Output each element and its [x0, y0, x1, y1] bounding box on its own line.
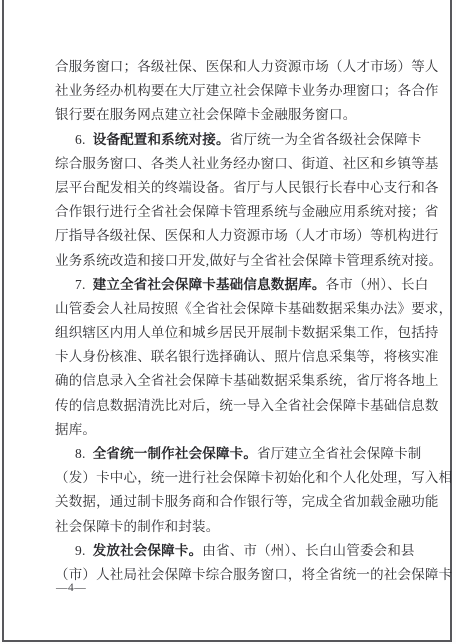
text-segment: 组织辖区内用人单位和城乡居民开展制卡数据采集工作，包括持 — [55, 325, 439, 340]
text-line: 山管委会人社局按照《全省社会保障卡基础数据采集办法》要求， — [55, 297, 437, 321]
text-segment: 8. — [75, 446, 93, 461]
text-line: 综合服务窗口、各类人社业务经办窗口、街道、社区和乡镇等基 — [55, 152, 437, 176]
text-line: 6. 设备配置和系统对接。省厅统一为全省各级社会保障卡 — [55, 128, 437, 152]
text-segment: 关数据，通过制卡服务商和合作银行等，完成全省加载金融功能 — [55, 494, 439, 509]
text-line: 层平台配发相关的终端设备。省厅与人民银行长春中心支行和各 — [55, 176, 437, 200]
text-segment: 9. — [75, 543, 93, 558]
text-line: 卡人身份核准、联名银行选择确认、照片信息采集等，将核实准 — [55, 345, 437, 369]
item-heading-segment: 建立全省社会保障卡基础信息数据库。 — [93, 277, 326, 292]
document-page: 合服务窗口；各级社保、医保和人力资源市场（人才市场）等人社业务经办机构要在大厅建… — [2, 0, 452, 642]
item-heading-segment: 发放社会保障卡。 — [93, 543, 203, 558]
text-segment: 合服务窗口；各级社保、医保和人力资源市场（人才市场）等人 — [55, 59, 439, 74]
text-segment: 合作银行进行全省社会保障卡管理系统与金融应用系统对接；省 — [55, 204, 439, 219]
text-line: 合作银行进行全省社会保障卡管理系统与金融应用系统对接；省 — [55, 200, 437, 224]
text-line: 7. 建立全省社会保障卡基础信息数据库。各市（州）、长白 — [55, 273, 437, 297]
text-line: 传的信息数据清洗比对后，统一导入全省社会保障卡基础信息数 — [55, 394, 437, 418]
text-segment: 省厅统一为全省各级社会保障卡 — [230, 132, 422, 147]
text-line: 业务系统改造和接口开发,做好与全省社会保障卡管理系统对接。 — [55, 249, 437, 273]
text-segment: 卡人身份核准、联名银行选择确认、照片信息采集等，将核实准 — [55, 349, 439, 364]
text-line: 8. 全省统一制作社会保障卡。省厅建立全省社会保障卡制 — [55, 442, 437, 466]
text-segment: 厅指导各级社保、医保和人力资源市场（人才市场）等机构进行 — [55, 228, 439, 243]
text-line: 合服务窗口；各级社保、医保和人力资源市场（人才市场）等人 — [55, 55, 437, 79]
text-line: （发）卡中心，统一进行社会保障卡初始化和个人化处理，写入相 — [55, 466, 437, 490]
text-segment: 确的信息录入全省社会保障卡基础数据采集系统，省厅将各地上 — [55, 373, 439, 388]
text-line: 社业务经办机构要在大厅建立社会保障卡业务办理窗口；各合作 — [55, 79, 437, 103]
page-number: —4— — [56, 582, 86, 594]
document-text-block: 合服务窗口；各级社保、医保和人力资源市场（人才市场）等人社业务经办机构要在大厅建… — [55, 55, 437, 587]
text-line: 据库。 — [55, 418, 437, 442]
item-heading-segment: 全省统一制作社会保障卡。 — [93, 446, 257, 461]
text-segment: 省厅建立全省社会保障卡制 — [257, 446, 421, 461]
text-segment: 山管委会人社局按照《全省社会保障卡基础数据采集办法》要求， — [55, 301, 452, 316]
text-segment: 社会保障卡的制作和封装。 — [55, 519, 219, 534]
text-segment: 综合服务窗口、各类人社业务经办窗口、街道、社区和乡镇等基 — [55, 156, 439, 171]
item-heading-segment: 设备配置和系统对接。 — [93, 132, 230, 147]
text-line: 社会保障卡的制作和封装。 — [55, 515, 437, 539]
text-segment: 由省、市（州）、长白山管委会和县 — [202, 543, 414, 558]
text-line: 关数据，通过制卡服务商和合作银行等，完成全省加载金融功能 — [55, 490, 437, 514]
text-segment: （市）人社局社会保障卡综合服务窗口，将全省统一的社会保障卡 — [55, 567, 452, 582]
text-segment: 传的信息数据清洗比对后，统一导入全省社会保障卡基础信息数 — [55, 398, 439, 413]
text-segment: 6. — [75, 132, 93, 147]
text-segment: 社业务经办机构要在大厅建立社会保障卡业务办理窗口；各合作 — [55, 83, 439, 98]
text-line: 厅指导各级社保、医保和人力资源市场（人才市场）等机构进行 — [55, 224, 437, 248]
text-line: 银行要在服务网点建立社会保障卡金融服务窗口。 — [55, 103, 437, 127]
text-line: 确的信息录入全省社会保障卡基础数据采集系统，省厅将各地上 — [55, 369, 437, 393]
text-segment: 7. — [75, 277, 93, 292]
text-line: 组织辖区内用人单位和城乡居民开展制卡数据采集工作，包括持 — [55, 321, 437, 345]
text-segment: 业务系统改造和接口开发,做好与全省社会保障卡管理系统对接。 — [55, 253, 442, 268]
text-segment: 据库。 — [55, 422, 96, 437]
text-segment: 银行要在服务网点建立社会保障卡金融服务窗口。 — [55, 107, 356, 122]
text-segment: 各市（州）、长白 — [326, 277, 429, 292]
text-line: （市）人社局社会保障卡综合服务窗口，将全省统一的社会保障卡 — [55, 563, 437, 587]
text-line: 9. 发放社会保障卡。由省、市（州）、长白山管委会和县 — [55, 539, 437, 563]
text-segment: （发）卡中心，统一进行社会保障卡初始化和个人化处理，写入相 — [55, 470, 452, 485]
text-segment: 层平台配发相关的终端设备。省厅与人民银行长春中心支行和各 — [55, 180, 439, 195]
